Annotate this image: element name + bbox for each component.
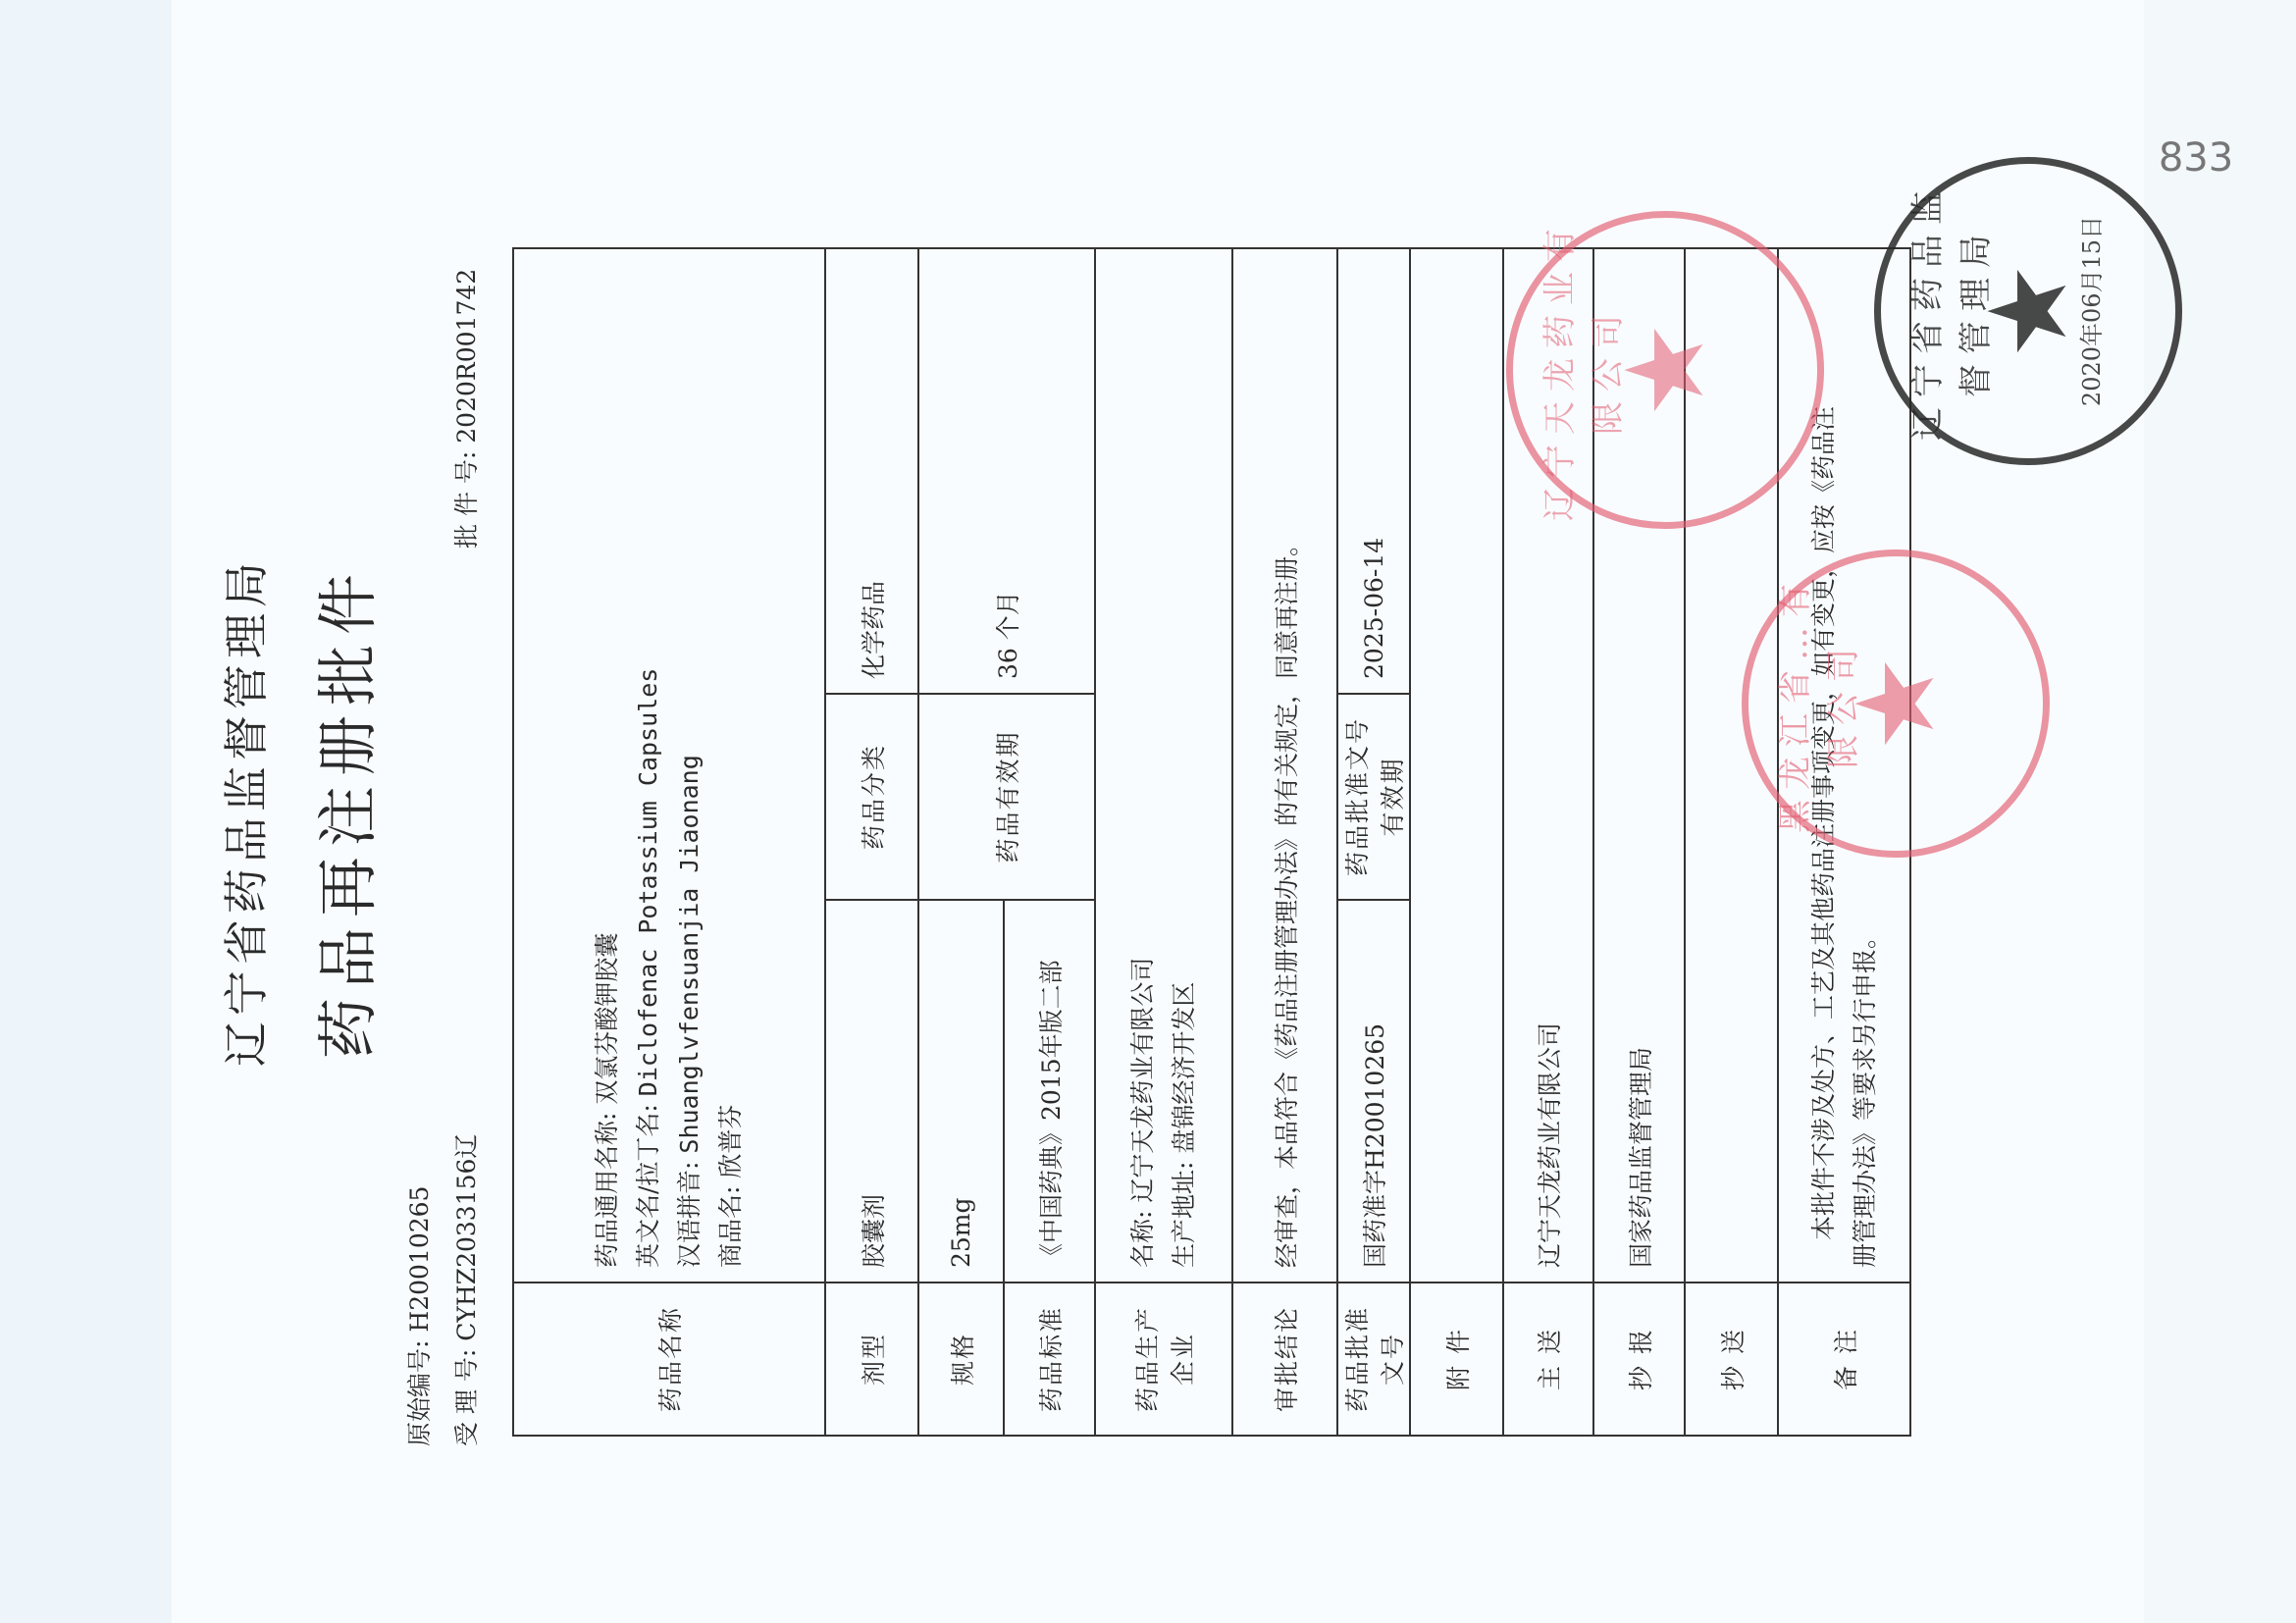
approval-validity-value: 2025-06-14 — [1337, 248, 1410, 694]
cc-value — [1685, 248, 1778, 1283]
scan-margin-top — [0, 0, 172, 1623]
table-row-report-to: 抄 报 国家药品监督管理局 — [1593, 248, 1685, 1436]
approval-doc-number-value: 2020R001742 — [452, 269, 481, 444]
conclusion-label: 审批结论 — [1232, 1283, 1337, 1436]
approval-doc-number: 批 件 号: 2020R001742 — [447, 269, 483, 549]
approval-table: 药品名称 药品通用名称: 双氯芬酸钾胶囊 英文名/拉丁名: Diclofenac… — [512, 247, 1911, 1437]
approval-doc-number-label: 批 件 号: — [452, 451, 481, 549]
acceptance-number-label: 受 理 号: — [452, 1349, 481, 1446]
manufacturer-address: 生产地址: 盘锦经济开发区 — [1164, 263, 1205, 1268]
category-value: 化学药品 — [825, 248, 918, 694]
table-row-dosage: 剂型 胶囊剂 药品分类 化学药品 — [825, 248, 918, 1436]
remarks-line-1: 本批件不涉及处方、工艺及其他药品注册事项变更，如有变更，应按《药品注 — [1803, 263, 1845, 1268]
standard-value: 《中国药典》2015年版二部 — [1004, 900, 1095, 1283]
remarks-label: 备 注 — [1778, 1283, 1910, 1436]
table-row-approval-number: 药品批准文号 国药准字H20010265 药品批准文号有效期 2025-06-1… — [1337, 248, 1410, 1436]
agency-seal: 辽宁省药品监督管理局 ★ 2020年06月15日 — [1874, 157, 2182, 465]
handwritten-page-number: 833 — [2159, 135, 2233, 181]
approval-number-label: 药品批准文号 — [1337, 1283, 1410, 1436]
approval-validity-label: 药品批准文号有效期 — [1337, 694, 1410, 900]
agency-seal-date: 2020年06月15日 — [2072, 164, 2107, 458]
shelf-life-label: 药品有效期 — [918, 694, 1095, 900]
scan-margin-bottom — [2144, 0, 2296, 1623]
approval-number-value: 国药准字H20010265 — [1337, 900, 1410, 1283]
acceptance-number-value: CYHZ2033156辽 — [452, 1134, 481, 1341]
issuing-agency: 辽宁省药品监督管理局 — [211, 0, 276, 1623]
table-row-manufacturer: 药品生产企业 名称: 辽宁天龙药业有限公司 生产地址: 盘锦经济开发区 — [1095, 248, 1232, 1436]
pinyin-name: 汉语拼音: Shuanglvfensuanjia Jiaonang — [669, 263, 710, 1268]
report-to-value: 国家药品监督管理局 — [1593, 248, 1685, 1283]
original-number-label: 原始编号: — [405, 1340, 434, 1446]
generic-name: 药品通用名称: 双氯芬酸钾胶囊 — [587, 263, 628, 1268]
table-row-cc: 抄 送 — [1685, 248, 1778, 1436]
table-row-conclusion: 审批结论 经审查，本品符合《药品注册管理办法》的有关规定，同意再注册。 — [1232, 248, 1337, 1436]
cc-label: 抄 送 — [1685, 1283, 1778, 1436]
table-row-strength: 规格 25mg 药品有效期 36 个月 — [918, 248, 1004, 1436]
strength-label: 规格 — [918, 1283, 1004, 1436]
document-page: 辽宁省药品监督管理局 药品再注册批件 原始编号: H20010265 受 理 号… — [0, 0, 2296, 1623]
original-number-value: H20010265 — [405, 1186, 434, 1333]
standard-label: 药品标准 — [1004, 1283, 1095, 1436]
agency-seal-text: 辽宁省药品监督管理局 — [1901, 164, 1997, 458]
star-icon: ★ — [1974, 263, 2082, 360]
main-recipient-label: 主 送 — [1503, 1283, 1593, 1436]
strength-value: 25mg — [918, 900, 1004, 1283]
document-title: 药品再注册批件 — [299, 0, 387, 1623]
report-to-label: 抄 报 — [1593, 1283, 1685, 1436]
original-number: 原始编号: H20010265 — [400, 1186, 436, 1446]
acceptance-number: 受 理 号: CYHZ2033156辽 — [447, 1134, 483, 1446]
drug-name-cell: 药品通用名称: 双氯芬酸钾胶囊 英文名/拉丁名: Diclofenac Pota… — [513, 248, 825, 1283]
attachment-label: 附 件 — [1410, 1283, 1503, 1436]
dosage-form-value: 胶囊剂 — [825, 900, 918, 1283]
manufacturer-cell: 名称: 辽宁天龙药业有限公司 生产地址: 盘锦经济开发区 — [1095, 248, 1232, 1283]
manufacturer-name: 名称: 辽宁天龙药业有限公司 — [1122, 263, 1164, 1268]
drug-name-label: 药品名称 — [513, 1283, 825, 1436]
table-row-attachment: 附 件 — [1410, 248, 1503, 1436]
dosage-form-label: 剂型 — [825, 1283, 918, 1436]
shelf-life-value: 36 个月 — [918, 248, 1095, 694]
english-name: 英文名/拉丁名: Diclofenac Potassium Capsules — [628, 263, 669, 1268]
table-row-drug-name: 药品名称 药品通用名称: 双氯芬酸钾胶囊 英文名/拉丁名: Diclofenac… — [513, 248, 825, 1436]
attachment-value — [1410, 248, 1503, 1283]
remarks-cell: 本批件不涉及处方、工艺及其他药品注册事项变更，如有变更，应按《药品注 册管理办法… — [1778, 248, 1910, 1283]
manufacturer-label: 药品生产企业 — [1095, 1283, 1232, 1436]
conclusion-value: 经审查，本品符合《药品注册管理办法》的有关规定，同意再注册。 — [1232, 248, 1337, 1283]
trade-name: 商品名: 欣普芬 — [710, 263, 752, 1268]
category-label: 药品分类 — [825, 694, 918, 900]
main-recipient-value: 辽宁天龙药业有限公司 — [1503, 248, 1593, 1283]
table-row-main-recipient: 主 送 辽宁天龙药业有限公司 — [1503, 248, 1593, 1436]
remarks-line-2: 册管理办法》等要求另行申报。 — [1845, 263, 1886, 1268]
table-row-remarks: 备 注 本批件不涉及处方、工艺及其他药品注册事项变更，如有变更，应按《药品注 册… — [1778, 248, 1910, 1436]
